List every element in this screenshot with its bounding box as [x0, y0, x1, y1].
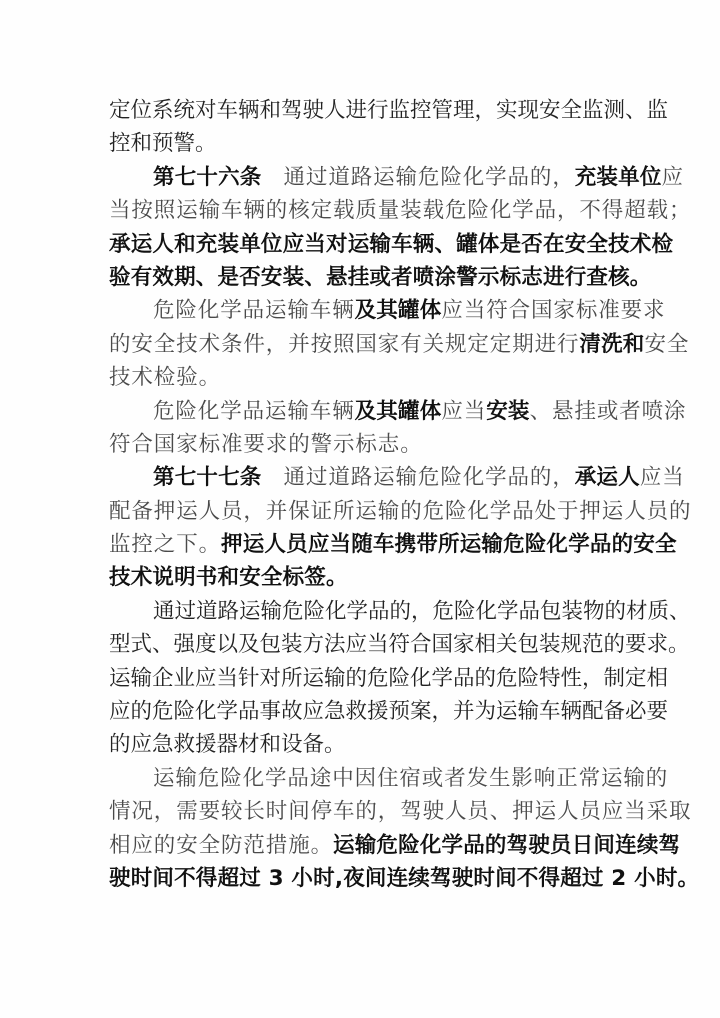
text-line: 当按照运输车辆的核定载质量装载危险化学品，不得超载； [109, 194, 614, 227]
text-line: 危险化学品运输车辆及其罐体应当符合国家标准要求 [109, 294, 614, 327]
text-line: 情况，需要较长时间停车的，驾驶人员、押运人员应当采取 [109, 795, 614, 828]
text-line: 通过道路运输危险化学品的，危险化学品包装物的材质、 [109, 595, 614, 628]
text-line: 技术说明书和安全标签。 [109, 561, 614, 594]
paragraph: 运输危险化学品途中因住宿或者发生影响正常运输的 情况，需要较长时间停车的，驾驶人… [109, 762, 614, 896]
text-line: 定位系统对车辆和驾驶人进行监控管理，实现安全监测、监 [109, 94, 614, 127]
text-line: 的安全技术条件，并按照国家有关规定定期进行清洗和安全 [109, 328, 614, 361]
article-77: 第七十七条通过道路运输危险化学品的，承运人应当 配备押运人员，并保证所运输的危险… [109, 461, 614, 595]
text-line: 配备押运人员，并保证所运输的危险化学品处于押运人员的 [109, 495, 614, 528]
text-line: 驶时间不得超过 3 小时,夜间连续驾驶时间不得超过 2 小时。 [109, 862, 614, 895]
text-line: 第七十六条通过道路运输危险化学品的，充装单位应 [109, 161, 614, 194]
text-line: 验有效期、是否安装、悬挂或者喷涂警示标志进行查核。 [109, 261, 614, 294]
text-line: 应的危险化学品事故应急救援预案，并为运输车辆配备必要 [109, 695, 614, 728]
text-line: 符合国家标准要求的警示标志。 [109, 428, 614, 461]
paragraph: 通过道路运输危险化学品的，危险化学品包装物的材质、 型式、强度以及包装方法应当符… [109, 595, 614, 762]
paragraph-continuation: 定位系统对车辆和驾驶人进行监控管理，实现安全监测、监 控和预警。 [109, 94, 614, 161]
article-76: 第七十六条通过道路运输危险化学品的，充装单位应 当按照运输车辆的核定载质量装载危… [109, 161, 614, 295]
text-line: 技术检验。 [109, 361, 614, 394]
text-line: 运输企业应当针对所运输的危险化学品的危险特性，制定相 [109, 662, 614, 695]
document-body: 定位系统对车辆和驾驶人进行监控管理，实现安全监测、监 控和预警。 第七十六条通过… [109, 94, 614, 895]
text-line: 相应的安全防范措施。运输危险化学品的驾驶员日间连续驾 [109, 829, 614, 862]
text-line: 监控之下。押运人员应当随车携带所运输危险化学品的安全 [109, 528, 614, 561]
text-line: 危险化学品运输车辆及其罐体应当安装、悬挂或者喷涂 [109, 395, 614, 428]
text-line: 第七十七条通过道路运输危险化学品的，承运人应当 [109, 461, 614, 494]
paragraph: 危险化学品运输车辆及其罐体应当安装、悬挂或者喷涂 符合国家标准要求的警示标志。 [109, 395, 614, 462]
text-line: 型式、强度以及包装方法应当符合国家相关包装规范的要求。 [109, 628, 614, 661]
article-label: 第七十六条 [153, 165, 262, 190]
document-page: 定位系统对车辆和驾驶人进行监控管理，实现安全监测、监 控和预警。 第七十六条通过… [0, 0, 720, 1018]
text-line: 运输危险化学品途中因住宿或者发生影响正常运输的 [109, 762, 614, 795]
paragraph: 危险化学品运输车辆及其罐体应当符合国家标准要求 的安全技术条件，并按照国家有关规… [109, 294, 614, 394]
text-line: 承运人和充装单位应当对运输车辆、罐体是否在安全技术检 [109, 228, 614, 261]
text-line: 的应急救援器材和设备。 [109, 728, 614, 761]
text-line: 控和预警。 [109, 127, 614, 160]
article-label: 第七十七条 [153, 465, 262, 490]
